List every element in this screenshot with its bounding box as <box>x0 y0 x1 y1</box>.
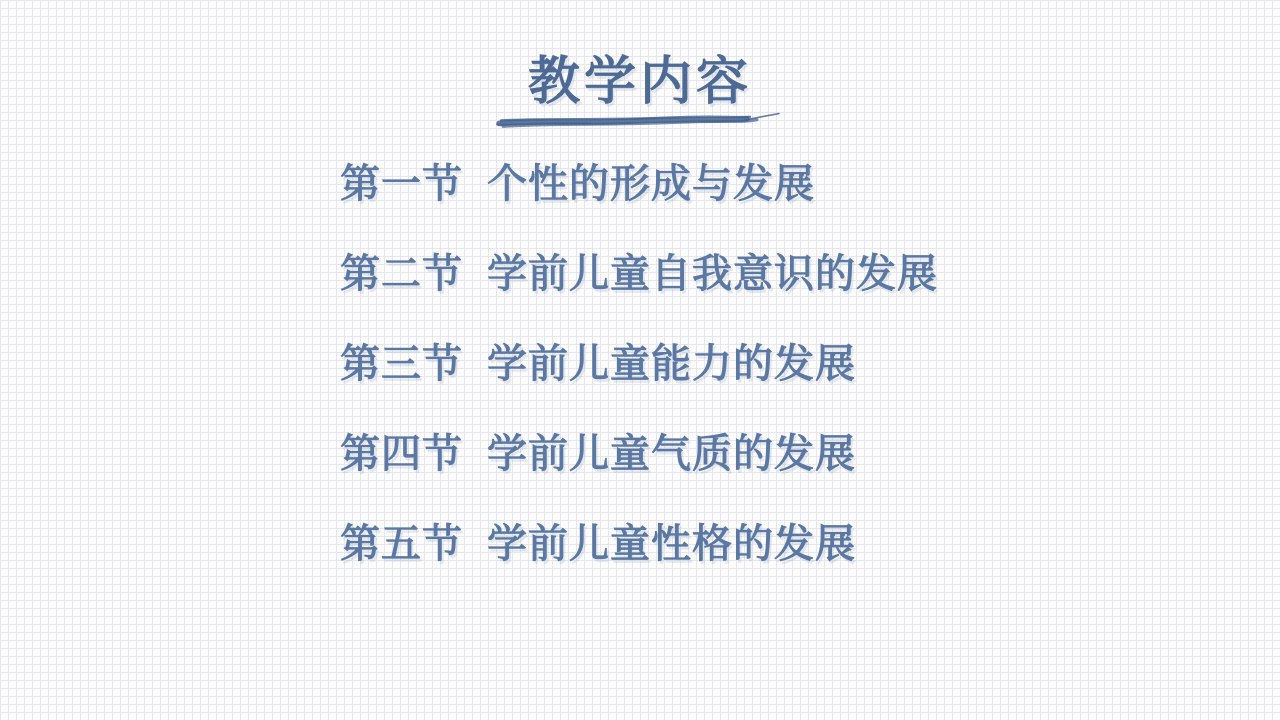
section-topic: 学前儿童气质的发展 <box>487 430 856 478</box>
scribble-underline-decoration <box>495 109 785 132</box>
section-topic: 学前儿童性格的发展 <box>487 520 856 568</box>
section-number: 第一节 <box>340 160 463 208</box>
section-number: 第四节 <box>340 430 463 478</box>
list-item-section-4: 第四节 学前儿童气质的发展 <box>340 430 938 520</box>
list-item-section-5: 第五节 学前儿童性格的发展 <box>340 520 938 610</box>
content-list: 第一节 个性的形成与发展 第二节 学前儿童自我意识的发展 第三节 学前儿童能力的… <box>340 160 938 610</box>
section-topic: 学前儿童自我意识的发展 <box>487 250 938 298</box>
section-topic: 个性的形成与发展 <box>487 160 815 208</box>
list-item-section-2: 第二节 学前儿童自我意识的发展 <box>340 250 938 340</box>
section-number: 第三节 <box>340 340 463 388</box>
section-topic: 学前儿童能力的发展 <box>487 340 856 388</box>
list-item-section-3: 第三节 学前儿童能力的发展 <box>340 340 938 430</box>
slide-canvas: 教学内容 第一节 个性的形成与发展 第二节 学前儿童自我意识的发展 第三节 学前… <box>0 0 1280 720</box>
page-title: 教学内容 <box>0 56 1280 108</box>
list-item-section-1: 第一节 个性的形成与发展 <box>340 160 938 250</box>
section-number: 第二节 <box>340 250 463 298</box>
section-number: 第五节 <box>340 520 463 568</box>
